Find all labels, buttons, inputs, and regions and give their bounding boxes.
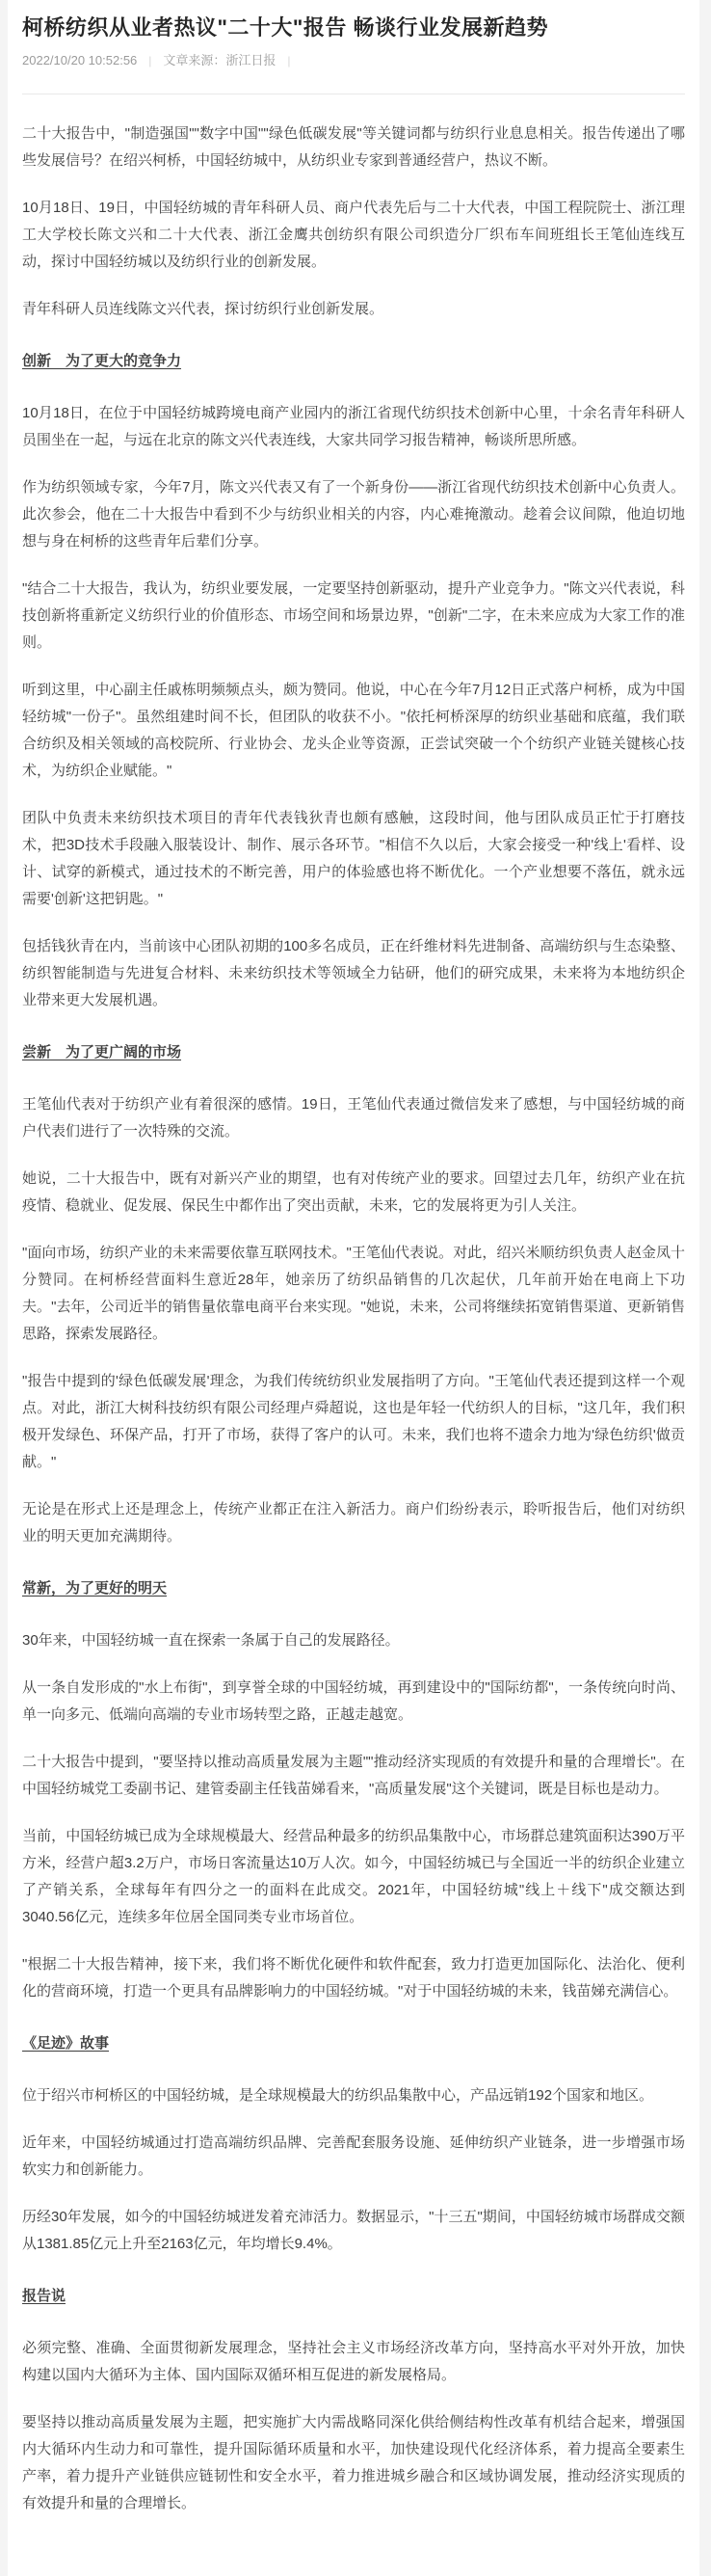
- paragraph: 听到这里，中心副主任戚栋明频频点头，颇为赞同。他说，中心在今年7月12日正式落户…: [22, 677, 685, 785]
- paragraph: "根据二十大报告精神，接下来，我们将不断优化硬件和软件配套，致力打造更加国际化、…: [22, 1951, 685, 2005]
- paragraph: 二十大报告中提到，"要坚持以推动高质量发展为主题""推动经济实现质的有效提升和量…: [22, 1749, 685, 1803]
- paragraph: 要坚持以推动高质量发展为主题，把实施扩大内需战略同深化供给侧结构性改革有机结合起…: [22, 2409, 685, 2517]
- article-title: 柯桥纺织从业者热议"二十大"报告 畅谈行业发展新趋势: [22, 0, 685, 43]
- paragraph: 青年科研人员连线陈文兴代表，探讨纺织行业创新发展。: [22, 296, 685, 323]
- article-source: 文章来源：浙江日报: [163, 52, 276, 69]
- news-article: 柯桥纺织从业者热议"二十大"报告 畅谈行业发展新趋势 2022/10/20 10…: [8, 0, 699, 2576]
- paragraph: "报告中提到的'绿色低碳发展'理念，为我们传统纺织业发展指明了方向。"王笔仙代表…: [22, 1368, 685, 1476]
- paragraph: "结合二十大报告，我认为，纺织业要发展，一定要坚持创新驱动，提升产业竞争力。"陈…: [22, 576, 685, 657]
- paragraph: 王笔仙代表对于纺织产业有着很深的感情。19日，王笔仙代表通过微信发来了感想，与中…: [22, 1091, 685, 1145]
- paragraph: 无论是在形式上还是理念上，传统产业都正在注入新活力。商户们纷纷表示，聆听报告后，…: [22, 1496, 685, 1550]
- section-heading: 报告说: [22, 2283, 685, 2310]
- paragraph: 10月18日、19日，中国轻纺城的青年科研人员、商户代表先后与二十大代表，中国工…: [22, 195, 685, 276]
- paragraph: 包括钱狄青在内，当前该中心团队初期的100多名成员，正在纤维材料先进制备、高端纺…: [22, 933, 685, 1014]
- section-heading: 创新 为了更大的竞争力: [22, 348, 685, 375]
- paragraph: 30年来，中国轻纺城一直在探索一条属于自己的发展路径。: [22, 1627, 685, 1654]
- paragraph: "面向市场，纺织产业的未来需要依靠互联网技术。"王笔仙代表说。对此，绍兴米顺纺织…: [22, 1240, 685, 1348]
- section-heading: 《足迹》故事: [22, 2030, 685, 2057]
- section-heading: 尝新 为了更广阔的市场: [22, 1039, 685, 1066]
- paragraph: 历经30年发展，如今的中国轻纺城迸发着充沛活力。数据显示，"十三五"期间，中国轻…: [22, 2204, 685, 2258]
- article-body: 二十大报告中，"制造强国""数字中国""绿色低碳发展"等关键词都与纺织行业息息相…: [22, 94, 685, 2517]
- meta-separator: |: [148, 52, 151, 69]
- section-heading: 常新，为了更好的明天: [22, 1575, 685, 1602]
- paragraph: 10月18日，在位于中国轻纺城跨境电商产业园内的浙江省现代纺织技术创新中心里，十…: [22, 400, 685, 454]
- paragraph: 二十大报告中，"制造强国""数字中国""绿色低碳发展"等关键词都与纺织行业息息相…: [22, 121, 685, 174]
- paragraph: 作为纺织领域专家，今年7月，陈文兴代表又有了一个新身份——浙江省现代纺织技术创新…: [22, 474, 685, 555]
- paragraph: 她说，二十大报告中，既有对新兴产业的期望，也有对传统产业的要求。回望过去几年，纺…: [22, 1166, 685, 1220]
- paragraph: 位于绍兴市柯桥区的中国轻纺城，是全球规模最大的纺织品集散中心，产品远销192个国…: [22, 2082, 685, 2109]
- paragraph: 团队中负责未来纺织技术项目的青年代表钱狄青也颇有感触，这段时间，他与团队成员正忙…: [22, 805, 685, 913]
- paragraph: 必须完整、准确、全面贯彻新发展理念，坚持社会主义市场经济改革方向，坚持高水平对外…: [22, 2335, 685, 2389]
- paragraph: 近年来，中国轻纺城通过打造高端纺织品牌、完善配套服务设施、延伸纺织产业链条，进一…: [22, 2130, 685, 2184]
- paragraph: 从一条自发形成的"水上布街"，到享誉全球的中国轻纺城，再到建设中的"国际纺都"，…: [22, 1675, 685, 1729]
- publish-datetime: 2022/10/20 10:52:56: [22, 52, 137, 69]
- paragraph: 当前，中国轻纺城已成为全球规模最大、经营品种最多的纺织品集散中心，市场群总建筑面…: [22, 1823, 685, 1931]
- page-background: 柯桥纺织从业者热议"二十大"报告 畅谈行业发展新趋势 2022/10/20 10…: [0, 0, 711, 2576]
- article-meta: 2022/10/20 10:52:56 | 文章来源：浙江日报 |: [22, 52, 685, 69]
- meta-separator: |: [287, 52, 290, 69]
